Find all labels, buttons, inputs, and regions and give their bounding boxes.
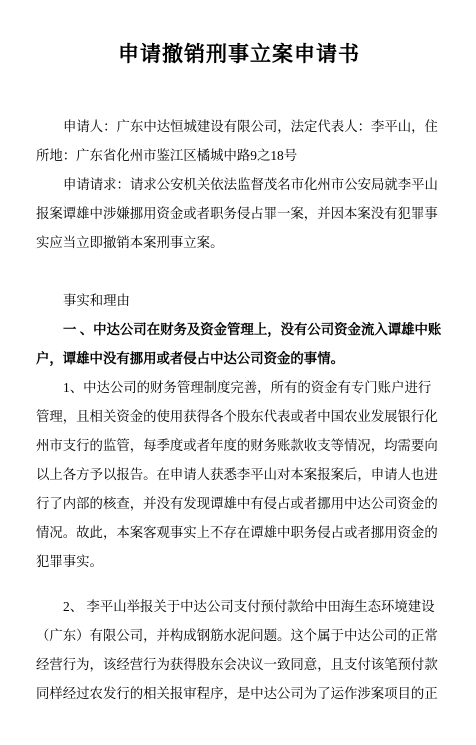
facts-and-reasons-heading: 事实和理由 <box>36 286 442 315</box>
text-line: 事实和理由 <box>36 286 442 315</box>
document-body: 申请人：广东中达恒城建设有限公司，法定代表人：李平山，住所地：广东省化州市鉴江区… <box>36 112 442 708</box>
applicant-info: 申请人：广东中达恒城建设有限公司，法定代表人：李平山，住所地：广东省化州市鉴江区… <box>36 112 442 170</box>
text-line: 1、中达公司的财务管理制度完善，所有的资金有专门账户进行 <box>36 373 442 402</box>
text-line: 实应当立即撤销本案刑事立案。 <box>36 228 442 257</box>
text-line: 同样经过农发行的相关报审程序，是中达公司为了运作涉案项目的正 <box>36 679 442 708</box>
text-line: 管理，且相关资金的使用获得各个股东代表或者中国农业发展银行化 <box>36 402 442 431</box>
document-title: 申请撤销刑事立案申请书 <box>36 42 442 66</box>
text-line: 情况。故此，本案客观事实上不存在谭雄中职务侵占或者挪用资金的 <box>36 518 442 547</box>
text-line: 一 、中达公司在财务及资金管理上，没有公司资金流入谭雄中账 <box>36 315 442 344</box>
text-line: 所地：广东省化州市鉴江区橘城中路9之18号 <box>36 141 442 170</box>
text-line: 州市支行的监管，每季度或者年度的财务账款收支等情况，均需要向 <box>36 431 442 460</box>
text-line: 经营行为，该经营行为获得股东会决议一致同意，且支付该笔预付款 <box>36 650 442 679</box>
point-two-body: 2、 李平山举报关于中达公司支付预付款给中田海生态环境建设（广东）有限公司，并构… <box>36 592 442 708</box>
text-line: （广东）有限公司，并构成钢筋水泥问题。这个属于中达公司的正常 <box>36 621 442 650</box>
text-line: 行了内部的核查，并没有发现谭雄中有侵占或者挪用中达公司资金的 <box>36 489 442 518</box>
point-one-body: 1、中达公司的财务管理制度完善，所有的资金有专门账户进行管理，且相关资金的使用获… <box>36 373 442 576</box>
text-line: 以上各方予以报告。在申请人获悉李平山对本案报案后，申请人也进 <box>36 460 442 489</box>
application-request: 申请请求：请求公安机关依法监督茂名市化州市公安局就李平山报案谭雄中涉嫌挪用资金或… <box>36 170 442 257</box>
text-line: 报案谭雄中涉嫌挪用资金或者职务侵占罪一案，并因本案没有犯罪事 <box>36 199 442 228</box>
document-page: 申请撤销刑事立案申请书 申请人：广东中达恒城建设有限公司，法定代表人：李平山，住… <box>0 0 476 745</box>
point-one-heading: 一 、中达公司在财务及资金管理上，没有公司资金流入谭雄中账户，谭雄中没有挪用或者… <box>36 315 442 373</box>
text-line: 2、 李平山举报关于中达公司支付预付款给中田海生态环境建设 <box>36 592 442 621</box>
text-line: 申请人：广东中达恒城建设有限公司，法定代表人：李平山，住 <box>36 112 442 141</box>
text-line: 申请请求：请求公安机关依法监督茂名市化州市公安局就李平山 <box>36 170 442 199</box>
text-line: 户，谭雄中没有挪用或者侵占中达公司资金的事情。 <box>36 344 442 373</box>
text-line: 犯罪事实。 <box>36 547 442 576</box>
